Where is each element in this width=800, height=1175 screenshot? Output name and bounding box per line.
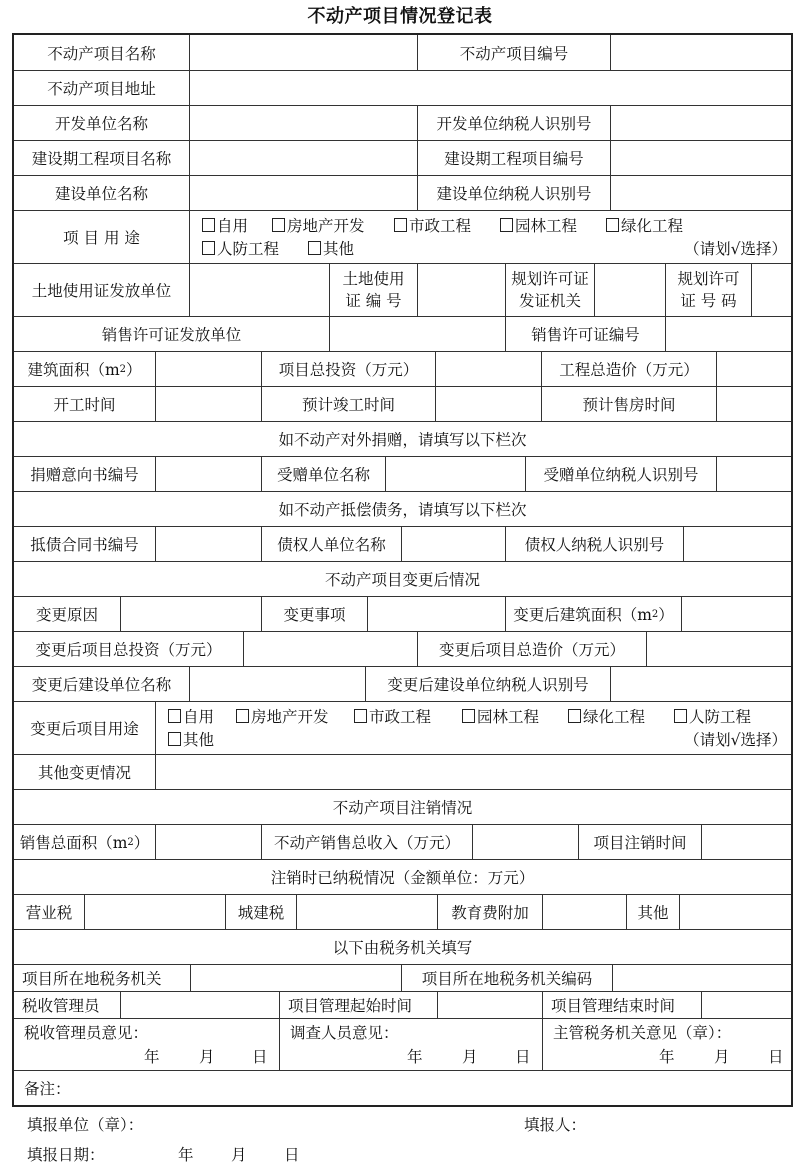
new-total-investment-label: 变更后项目总投资（万元） <box>14 632 243 666</box>
tax-paid-section-header: 注销时已纳税情况（金额单位：万元） <box>14 860 791 894</box>
planning-permit-no-field[interactable] <box>751 264 791 316</box>
construction-unit-name-label: 建设单位名称 <box>14 176 189 210</box>
project-usage-options: 自用 房地产开发 市政工程 园林工程 绿化工程 人防工程 其他 （请划√选择） <box>189 211 791 263</box>
sales-permit-no-field[interactable] <box>665 317 791 351</box>
usage-option-garden[interactable]: 园林工程 <box>500 214 577 236</box>
building-area-field[interactable] <box>155 352 261 386</box>
donee-name-field[interactable] <box>385 457 525 491</box>
local-tax-office-field[interactable] <box>190 965 401 991</box>
checkbox-icon[interactable] <box>500 218 513 232</box>
start-time-label: 开工时间 <box>14 387 155 421</box>
new-usage-option-self[interactable]: 自用 <box>168 705 214 727</box>
creditor-name-field[interactable] <box>401 527 505 561</box>
new-usage-option-municipal[interactable]: 市政工程 <box>354 705 431 727</box>
project-address-label: 不动产项目地址 <box>14 71 189 105</box>
donation-letter-no-label: 捐赠意向书编号 <box>14 457 155 491</box>
cancel-time-label: 项目注销时间 <box>578 825 701 859</box>
fill-date-day: 日 <box>284 1143 300 1165</box>
planning-permit-issuer-field[interactable] <box>594 264 665 316</box>
tax-office-section-header: 以下由税务机关填写 <box>14 930 791 964</box>
new-building-area-label: 变更后建筑面积（m2） <box>505 597 681 631</box>
investigator-opinion[interactable]: 调查人员意见： 年 月 日 <box>279 1019 542 1070</box>
city-tax-field[interactable] <box>296 895 437 929</box>
developer-tax-id-label: 开发单位纳税人识别号 <box>417 106 610 140</box>
project-code-field[interactable] <box>610 35 791 70</box>
tax-manager-field[interactable] <box>120 992 279 1018</box>
registration-form-table: 不动产项目名称 不动产项目编号 不动产项目地址 开发单位名称 开发单位纳税人识别… <box>12 33 793 1107</box>
expected-sale-time-field[interactable] <box>716 387 791 421</box>
sold-area-field[interactable] <box>155 825 261 859</box>
row-project-usage: 项 目 用 途 自用 房地产开发 市政工程 园林工程 绿化工程 人防工程 其他 … <box>14 210 791 263</box>
checkbox-icon[interactable] <box>354 709 367 723</box>
checkbox-icon[interactable] <box>674 709 687 723</box>
new-usage-hint: （请划√选择） <box>684 728 787 750</box>
mgmt-start-field[interactable] <box>437 992 542 1018</box>
checkbox-icon[interactable] <box>168 732 181 746</box>
sales-revenue-label: 不动产销售总收入（万元） <box>261 825 472 859</box>
other-changes-field[interactable] <box>155 755 791 789</box>
donee-tax-id-field[interactable] <box>716 457 791 491</box>
expected-completion-label: 预计竣工时间 <box>261 387 435 421</box>
checkbox-icon[interactable] <box>202 218 215 232</box>
new-usage-label: 变更后项目用途 <box>14 702 155 754</box>
sales-revenue-field[interactable] <box>472 825 578 859</box>
checkbox-icon[interactable] <box>568 709 581 723</box>
project-code-label: 不动产项目编号 <box>417 35 610 70</box>
cancel-section-header: 不动产项目注销情况 <box>14 790 791 824</box>
construction-unit-tax-id-field[interactable] <box>610 176 791 210</box>
checkbox-icon[interactable] <box>236 709 249 723</box>
new-usage-option-greening[interactable]: 绿化工程 <box>568 705 645 727</box>
total-cost-label: 工程总造价（万元） <box>541 352 716 386</box>
tax-manager-label: 税收管理员 <box>14 992 120 1018</box>
new-total-cost-label: 变更后项目总造价（万元） <box>417 632 646 666</box>
construction-unit-tax-id-label: 建设单位纳税人识别号 <box>417 176 610 210</box>
fill-date-month: 月 <box>231 1143 247 1165</box>
sales-permit-issuer-field[interactable] <box>329 317 505 351</box>
row-change-usage: 变更后项目用途 自用 房地产开发 市政工程 园林工程 绿化工程 人防工程 其他 … <box>14 701 791 754</box>
row-sales-permit: 销售许可证发放单位 销售许可证编号 <box>14 316 791 351</box>
remarks-label: 备注： <box>24 1077 71 1099</box>
row-local-tax-office: 项目所在地税务机关 项目所在地税务机关编码 <box>14 964 791 991</box>
total-investment-field[interactable] <box>435 352 541 386</box>
new-usage-option-real-estate[interactable]: 房地产开发 <box>236 705 329 727</box>
usage-hint: （请划√选择） <box>684 237 787 259</box>
land-cert-issuer-field[interactable] <box>189 264 329 316</box>
checkbox-icon[interactable] <box>606 218 619 232</box>
mgmt-end-field[interactable] <box>701 992 791 1018</box>
new-construction-unit-label: 变更后建设单位名称 <box>14 667 189 701</box>
row-cancel-header: 不动产项目注销情况 <box>14 789 791 824</box>
fill-date-label: 填报日期： <box>27 1143 105 1165</box>
row-donation: 捐赠意向书编号 受赠单位名称 受赠单位纳税人识别号 <box>14 456 791 491</box>
mgmt-end-label: 项目管理结束时间 <box>542 992 701 1018</box>
land-cert-no-field[interactable] <box>417 264 505 316</box>
other-changes-label: 其他变更情况 <box>14 755 155 789</box>
debt-contract-no-label: 抵债合同书编号 <box>14 527 155 561</box>
construction-project-name-label: 建设期工程项目名称 <box>14 141 189 175</box>
checkbox-icon[interactable] <box>168 709 181 723</box>
row-change-header: 不动产项目变更后情况 <box>14 561 791 596</box>
total-investment-label: 项目总投资（万元） <box>261 352 435 386</box>
row-opinions: 税收管理员意见： 年 月 日 调查人员意见： 年 月 日 主管税务机关意见（章）… <box>14 1018 791 1070</box>
row-change-unit: 变更后建设单位名称 变更后建设单位纳税人识别号 <box>14 666 791 701</box>
creditor-name-label: 债权人单位名称 <box>261 527 401 561</box>
new-usage-option-garden[interactable]: 园林工程 <box>462 705 539 727</box>
sales-permit-issuer-label: 销售许可证发放单位 <box>14 317 329 351</box>
donation-letter-no-field[interactable] <box>155 457 261 491</box>
row-change-reason: 变更原因 变更事项 变更后建筑面积（m2） <box>14 596 791 631</box>
form-title: 不动产项目情况登记表 <box>0 2 800 28</box>
row-donation-header: 如不动产对外捐赠，请填写以下栏次 <box>14 421 791 456</box>
sold-area-label: 销售总面积（m2） <box>14 825 155 859</box>
checkbox-icon[interactable] <box>308 241 321 255</box>
project-name-field[interactable] <box>189 35 417 70</box>
row-schedule: 开工时间 预计竣工时间 预计售房时间 <box>14 386 791 421</box>
local-tax-office-label: 项目所在地税务机关 <box>14 965 190 991</box>
row-developer: 开发单位名称 开发单位纳税人识别号 <box>14 105 791 140</box>
row-change-investment: 变更后项目总投资（万元） 变更后项目总造价（万元） <box>14 631 791 666</box>
land-cert-issuer-label: 土地使用证发放单位 <box>14 264 189 316</box>
donee-tax-id-label: 受赠单位纳税人识别号 <box>525 457 716 491</box>
business-tax-field[interactable] <box>84 895 225 929</box>
expected-sale-time-label: 预计售房时间 <box>541 387 716 421</box>
debt-section-header: 如不动产抵偿债务，请填写以下栏次 <box>14 492 791 526</box>
change-section-header: 不动产项目变更后情况 <box>14 562 791 596</box>
change-reason-field[interactable] <box>120 597 261 631</box>
new-usage-options: 自用 房地产开发 市政工程 园林工程 绿化工程 人防工程 其他 （请划√选择） <box>155 702 791 754</box>
row-area-investment: 建筑面积（m2） 项目总投资（万元） 工程总造价（万元） <box>14 351 791 386</box>
construction-project-name-field[interactable] <box>189 141 417 175</box>
row-debt: 抵债合同书编号 债权人单位名称 债权人纳税人识别号 <box>14 526 791 561</box>
tax-manager-opinion[interactable]: 税收管理员意见： 年 月 日 <box>14 1019 279 1070</box>
row-project-name: 不动产项目名称 不动产项目编号 <box>14 35 791 70</box>
education-surcharge-label: 教育费附加 <box>437 895 542 929</box>
new-usage-option-other[interactable]: 其他 <box>168 728 214 750</box>
new-building-area-field[interactable] <box>681 597 791 631</box>
business-tax-label: 营业税 <box>14 895 84 929</box>
project-address-field[interactable] <box>189 71 791 105</box>
filler-label: 填报人： <box>524 1113 586 1135</box>
remarks-field[interactable]: 备注： <box>14 1071 791 1105</box>
new-total-investment-field[interactable] <box>243 632 417 666</box>
usage-option-self[interactable]: 自用 <box>202 214 248 236</box>
row-tax-paid-header: 注销时已纳税情况（金额单位：万元） <box>14 859 791 894</box>
other-tax-label: 其他 <box>626 895 679 929</box>
developer-name-label: 开发单位名称 <box>14 106 189 140</box>
building-area-label: 建筑面积（m2） <box>14 352 155 386</box>
city-tax-label: 城建税 <box>225 895 296 929</box>
creditor-tax-id-field[interactable] <box>683 527 791 561</box>
row-project-address: 不动产项目地址 <box>14 70 791 105</box>
construction-project-code-label: 建设期工程项目编号 <box>417 141 610 175</box>
usage-option-real-estate[interactable]: 房地产开发 <box>272 214 365 236</box>
change-reason-label: 变更原因 <box>14 597 120 631</box>
mgmt-start-label: 项目管理起始时间 <box>279 992 437 1018</box>
row-construction-unit: 建设单位名称 建设单位纳税人识别号 <box>14 175 791 210</box>
row-tax-office-header: 以下由税务机关填写 <box>14 929 791 964</box>
filler-unit-label: 填报单位（章）： <box>27 1113 143 1135</box>
education-surcharge-field[interactable] <box>542 895 626 929</box>
construction-unit-name-field[interactable] <box>189 176 417 210</box>
usage-option-greening[interactable]: 绿化工程 <box>606 214 683 236</box>
planning-permit-no-label: 规划许可 证 号 码 <box>665 264 751 316</box>
new-construction-unit-tax-id-label: 变更后建设单位纳税人识别号 <box>365 667 610 701</box>
other-tax-field[interactable] <box>679 895 791 929</box>
row-construction-project: 建设期工程项目名称 建设期工程项目编号 <box>14 140 791 175</box>
row-remarks: 备注： <box>14 1070 791 1105</box>
row-cancel-info: 销售总面积（m2） 不动产销售总收入（万元） 项目注销时间 <box>14 824 791 859</box>
checkbox-icon[interactable] <box>202 241 215 255</box>
sales-permit-no-label: 销售许可证编号 <box>505 317 665 351</box>
usage-option-civil-defense[interactable]: 人防工程 <box>202 237 279 259</box>
new-construction-unit-field[interactable] <box>189 667 365 701</box>
new-total-cost-field[interactable] <box>646 632 791 666</box>
donee-name-label: 受赠单位名称 <box>261 457 385 491</box>
new-construction-unit-tax-id-field[interactable] <box>610 667 791 701</box>
tax-office-opinion[interactable]: 主管税务机关意见（章）： 年 月 日 <box>542 1019 791 1070</box>
donation-section-header: 如不动产对外捐赠，请填写以下栏次 <box>14 422 791 456</box>
local-tax-office-code-label: 项目所在地税务机关编码 <box>401 965 612 991</box>
row-tax-management: 税收管理员 项目管理起始时间 项目管理结束时间 <box>14 991 791 1018</box>
cancel-time-field[interactable] <box>701 825 791 859</box>
checkbox-icon[interactable] <box>272 218 285 232</box>
change-item-label: 变更事项 <box>261 597 367 631</box>
land-cert-no-label: 土地使用 证 编 号 <box>329 264 417 316</box>
developer-name-field[interactable] <box>189 106 417 140</box>
start-time-field[interactable] <box>155 387 261 421</box>
local-tax-office-code-field[interactable] <box>612 965 791 991</box>
checkbox-icon[interactable] <box>462 709 475 723</box>
row-other-changes: 其他变更情况 <box>14 754 791 789</box>
usage-option-municipal[interactable]: 市政工程 <box>394 214 471 236</box>
row-debt-header: 如不动产抵偿债务，请填写以下栏次 <box>14 491 791 526</box>
project-usage-label: 项 目 用 途 <box>14 211 189 263</box>
construction-project-code-field[interactable] <box>610 141 791 175</box>
expected-completion-field[interactable] <box>435 387 541 421</box>
row-taxes: 营业税 城建税 教育费附加 其他 <box>14 894 791 929</box>
total-cost-field[interactable] <box>716 352 791 386</box>
debt-contract-no-field[interactable] <box>155 527 261 561</box>
fill-date-year: 年 <box>178 1143 194 1165</box>
project-name-label: 不动产项目名称 <box>14 35 189 70</box>
creditor-tax-id-label: 债权人纳税人识别号 <box>505 527 683 561</box>
usage-option-other[interactable]: 其他 <box>308 237 354 259</box>
checkbox-icon[interactable] <box>394 218 407 232</box>
change-item-field[interactable] <box>367 597 505 631</box>
new-usage-option-civil-defense[interactable]: 人防工程 <box>674 705 751 727</box>
row-land-planning-permits: 土地使用证发放单位 土地使用 证 编 号 规划许可证 发证机关 规划许可 证 号… <box>14 263 791 316</box>
planning-permit-issuer-label: 规划许可证 发证机关 <box>505 264 594 316</box>
developer-tax-id-field[interactable] <box>610 106 791 140</box>
